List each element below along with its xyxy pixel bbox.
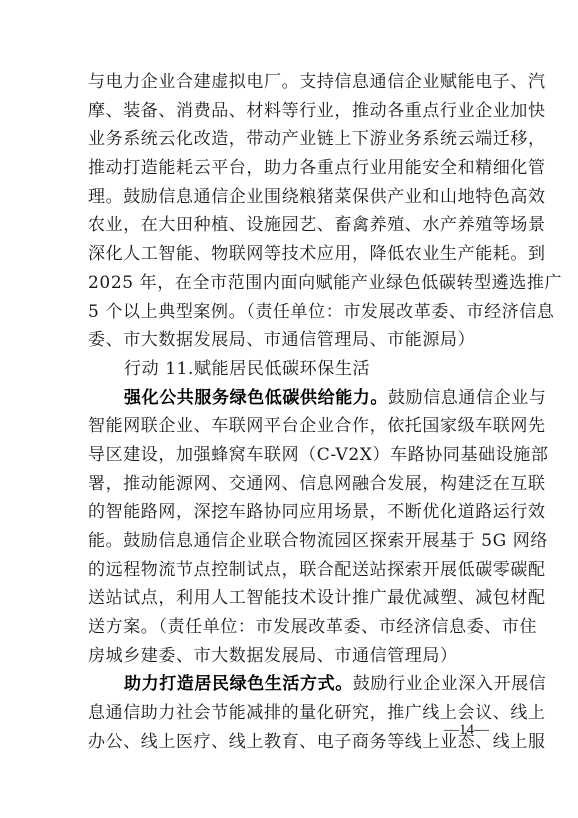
body-text: 与电力企业合建虚拟电厂。支持信息通信企业赋能电子、汽 摩、装备、消费品、材料等行… bbox=[88, 68, 492, 757]
paragraph-line: 送方案。（责任单位：市发展改革委、市经济信息委、市住 bbox=[88, 613, 492, 642]
paragraph-line: 5 个以上典型案例。（责任单位：市发展改革委、市经济信息 bbox=[88, 298, 492, 327]
paragraph-line: 与电力企业合建虚拟电厂。支持信息通信企业赋能电子、汽 bbox=[88, 68, 492, 97]
paragraph-line: 署，推动能源网、交通网、信息网融合发展，构建泛在互联 bbox=[88, 470, 492, 499]
document-page: 与电力企业合建虚拟电厂。支持信息通信企业赋能电子、汽 摩、装备、消费品、材料等行… bbox=[0, 0, 578, 818]
paragraph-line: 办公、线上医疗、线上教育、电子商务等线上业态、线上服 bbox=[88, 728, 492, 757]
paragraph-line: 业务系统云化改造，带动产业链上下游业务系统云端迁移， bbox=[88, 125, 492, 154]
page-number: —14— bbox=[444, 722, 489, 739]
section-title: 助力打造居民绿色生活方式。 bbox=[124, 674, 353, 694]
section-first-line: 助力打造居民绿色生活方式。鼓励行业企业深入开展信 bbox=[88, 670, 492, 699]
paragraph-line: 的智能路网，深挖车路协同应用场景，不断优化道路运行效 bbox=[88, 498, 492, 527]
paragraph-line: 导区建设，加强蜂窝车联网（C-V2X）车路协同基础设施部 bbox=[88, 441, 492, 470]
paragraph-line: 智能网联企业、车联网平台企业合作，依托国家级车联网先 bbox=[88, 412, 492, 441]
paragraph-line: 2025 年，在全市范围内面向赋能产业绿色低碳转型遴选推广 bbox=[88, 269, 492, 298]
paragraph-line: 推动打造能耗云平台，助力各重点行业用能安全和精细化管 bbox=[88, 154, 492, 183]
paragraph-line: 能。鼓励信息通信企业联合物流园区探索开展基于 5G 网络 bbox=[88, 527, 492, 556]
paragraph-line: 摩、装备、消费品、材料等行业，推动各重点行业企业加快 bbox=[88, 97, 492, 126]
paragraph-line: 息通信助力社会节能减排的量化研究，推广线上会议、线上 bbox=[88, 699, 492, 728]
paragraph-line: 的远程物流节点控制试点，联合配送站探索开展低碳零碳配 bbox=[88, 556, 492, 585]
action-heading: 行动 11.赋能居民低碳环保生活 bbox=[88, 355, 492, 384]
paragraph-line: 理。鼓励信息通信企业围绕粮猪菜保供产业和山地特色高效 bbox=[88, 183, 492, 212]
paragraph-line: 送站试点，利用人工智能技术设计推广最优减塑、减包材配 bbox=[88, 584, 492, 613]
section-text: 鼓励行业企业深入开展信 bbox=[353, 674, 547, 694]
section-first-line: 强化公共服务绿色低碳供给能力。鼓励信息通信企业与 bbox=[88, 384, 492, 413]
paragraph-line: 农业，在大田种植、设施园艺、畜禽养殖、水产养殖等场景 bbox=[88, 211, 492, 240]
section-text: 鼓励信息通信企业与 bbox=[388, 388, 546, 408]
paragraph-line: 深化人工智能、物联网等技术应用，降低农业生产能耗。到 bbox=[88, 240, 492, 269]
section-title: 强化公共服务绿色低碳供给能力。 bbox=[124, 388, 388, 408]
paragraph-line: 房城乡建委、市大数据发展局、市通信管理局） bbox=[88, 642, 492, 671]
paragraph-line: 委、市大数据发展局、市通信管理局、市能源局） bbox=[88, 326, 492, 355]
